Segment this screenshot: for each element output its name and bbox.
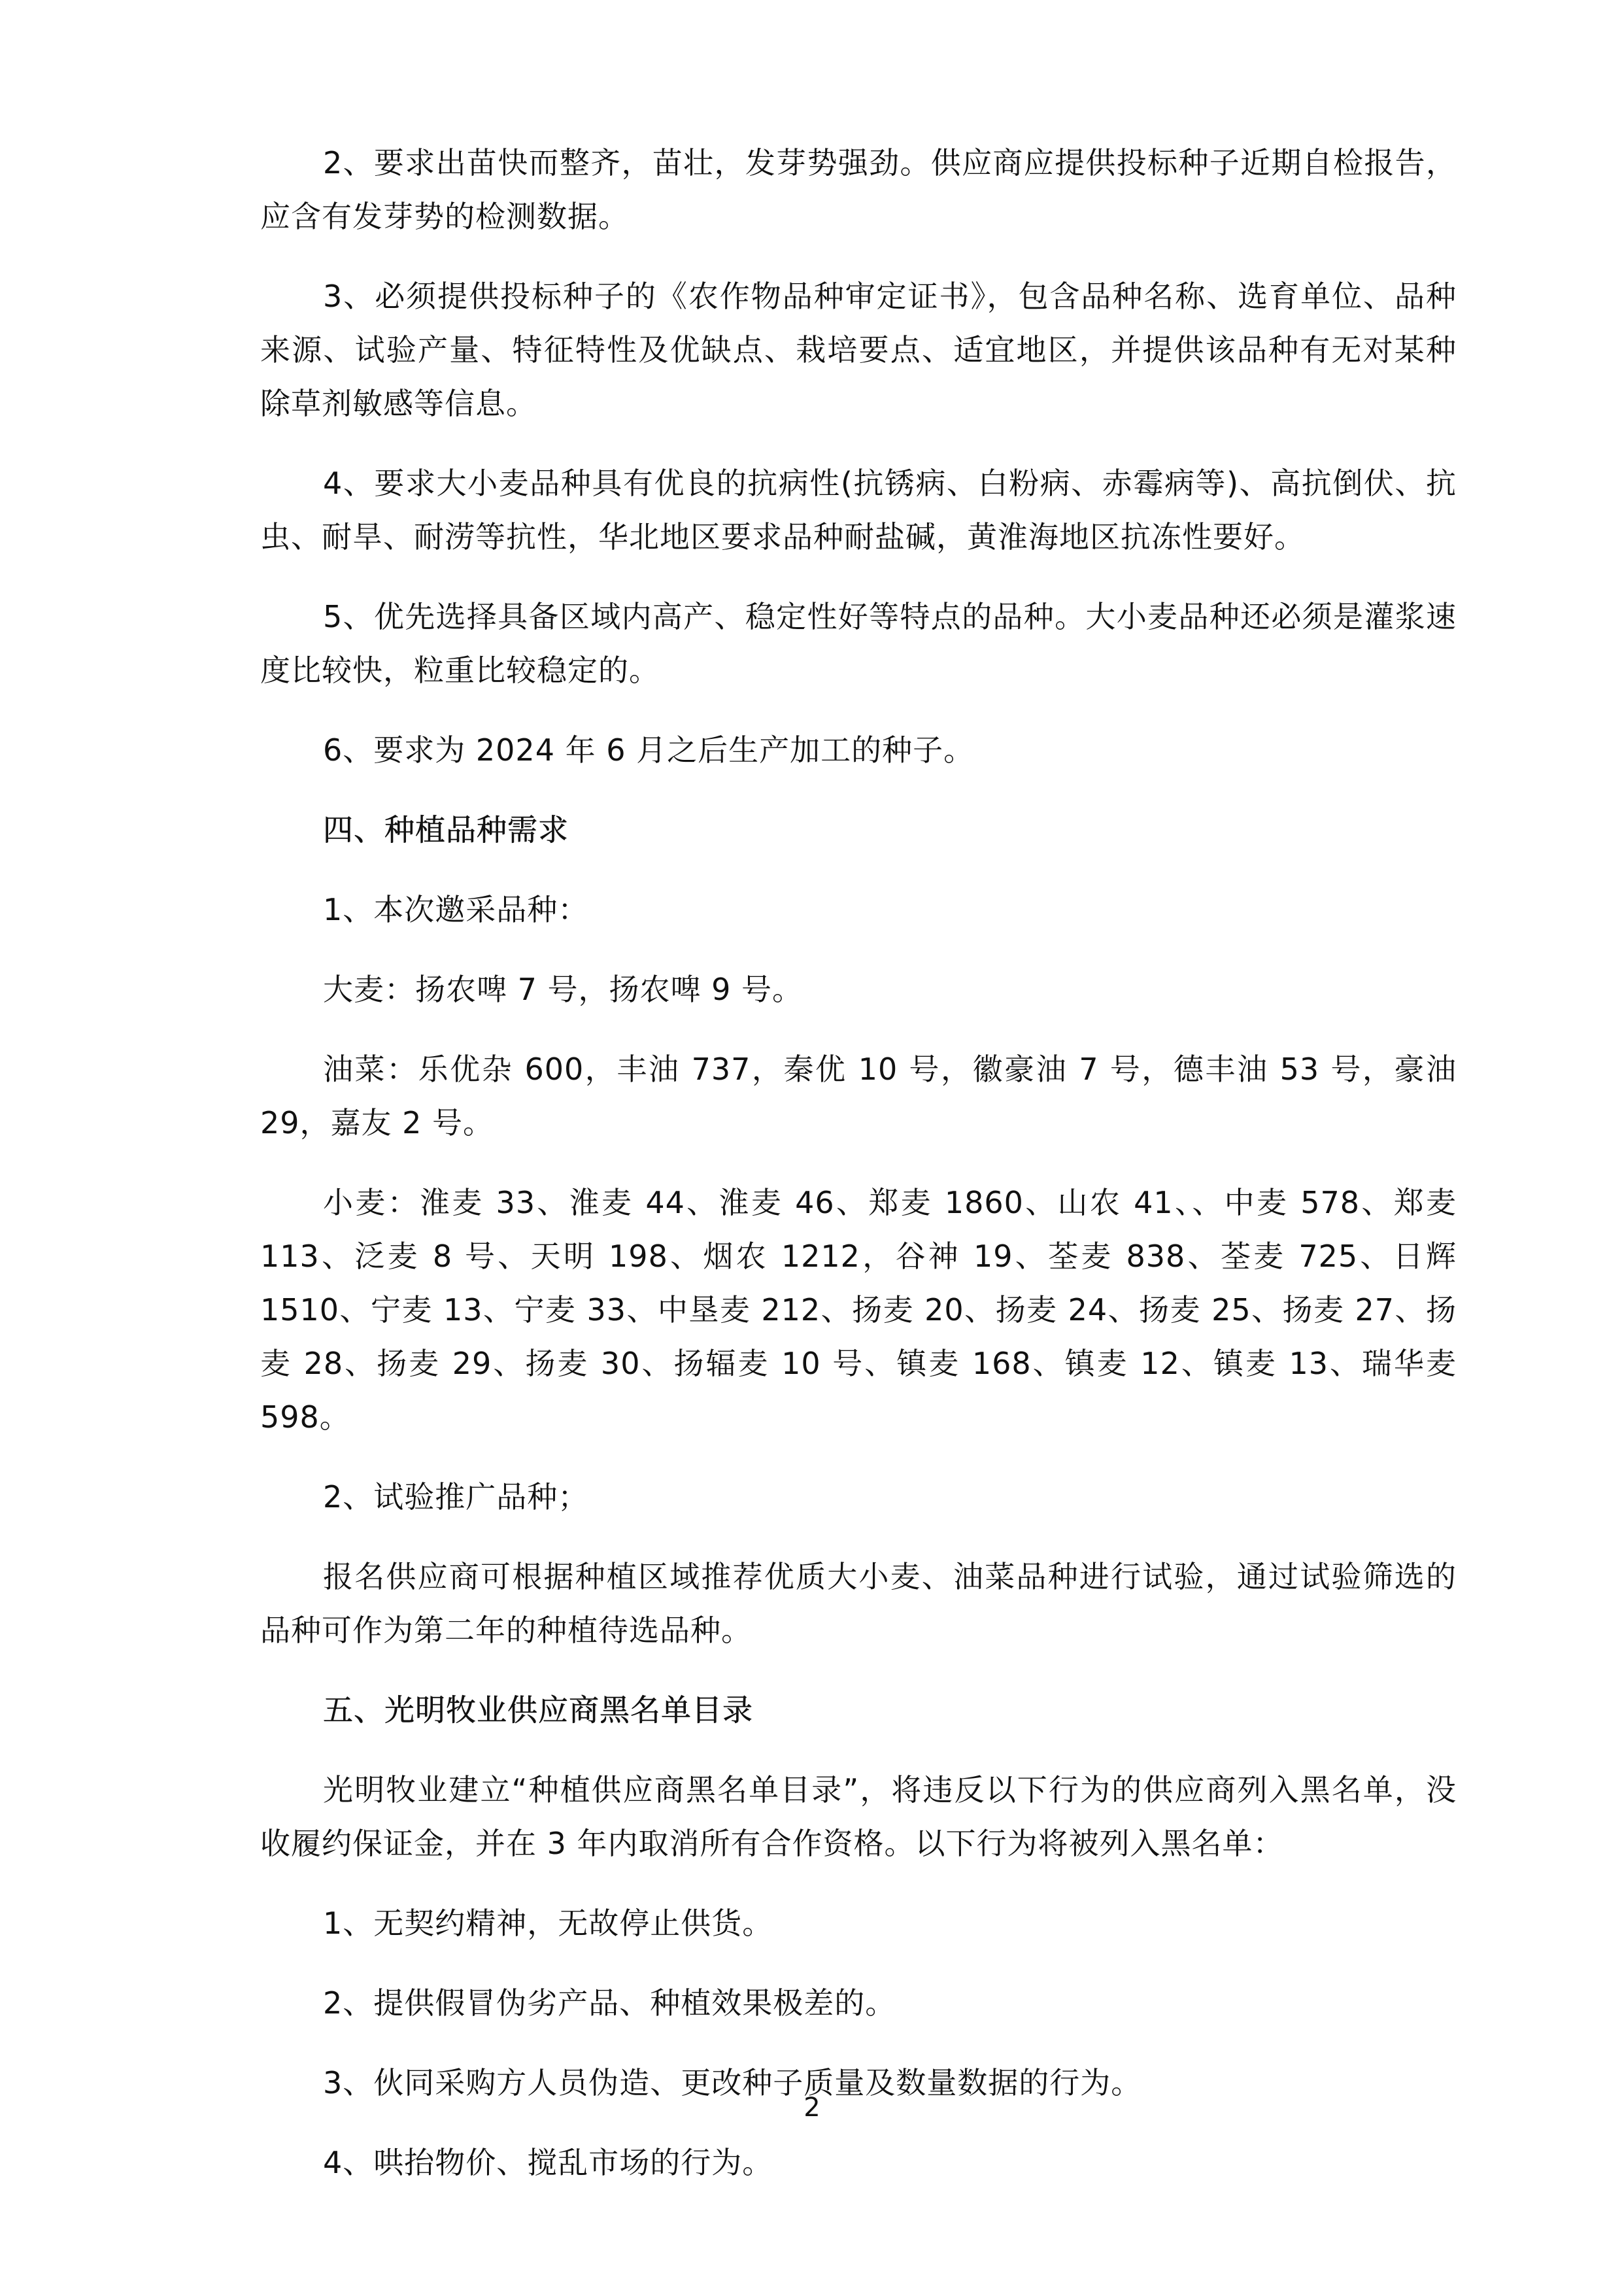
subsection-trial-varieties: 2、试验推广品种； [260, 1470, 1457, 1524]
blacklist-intro: 光明牧业建立“种植供应商黑名单目录”，将违反以下行为的供应商列入黑名单，没收履约… [260, 1763, 1457, 1870]
varieties-barley: 大麦：扬农啤 7 号，扬农啤 9 号。 [260, 963, 1457, 1016]
blacklist-item-4: 4、哄抬物价、搅乱市场的行为。 [260, 2136, 1457, 2189]
section-heading-5: 五、光明牧业供应商黑名单目录 [260, 1683, 1457, 1737]
requirement-3-certificate: 3、必须提供投标种子的《农作物品种审定证书》，包含品种名称、选育单位、品种来源、… [260, 269, 1457, 430]
blacklist-item-2: 2、提供假冒伪劣产品、种植效果极差的。 [260, 1976, 1457, 2030]
section-heading-4: 四、种植品种需求 [260, 803, 1457, 857]
requirement-2-seedling: 2、要求出苗快而整齐，苗壮，发芽势强劲。供应商应提供投标种子近期自检报告，应含有… [260, 136, 1457, 243]
trial-varieties-description: 报名供应商可根据种植区域推荐优质大小麦、油菜品种进行试验，通过试验筛选的品种可作… [260, 1550, 1457, 1657]
requirement-4-disease-resistance: 4、要求大小麦品种具有优良的抗病性(抗锈病、白粉病、赤霉病等)、高抗倒伏、抗虫、… [260, 456, 1457, 564]
blacklist-item-1: 1、无契约精神，无故停止供货。 [260, 1896, 1457, 1950]
document-page: 2、要求出苗快而整齐，苗壮，发芽势强劲。供应商应提供投标种子近期自检报告，应含有… [0, 0, 1624, 2294]
document-body: 2、要求出苗快而整齐，苗壮，发芽势强劲。供应商应提供投标种子近期自检报告，应含有… [260, 136, 1457, 2216]
page-number: 2 [0, 2093, 1624, 2123]
requirement-5-high-yield: 5、优先选择具备区域内高产、稳定性好等特点的品种。大小麦品种还必须是灌浆速度比较… [260, 590, 1457, 697]
varieties-wheat: 小麦：淮麦 33、淮麦 44、淮麦 46、郑麦 1860、山农 41、、中麦 5… [260, 1176, 1457, 1444]
subsection-invited-varieties: 1、本次邀采品种： [260, 883, 1457, 936]
requirement-6-production-date: 6、要求为 2024 年 6 月之后生产加工的种子。 [260, 723, 1457, 777]
varieties-rapeseed: 油菜：乐优杂 600，丰油 737，秦优 10 号，徽豪油 7 号，德丰油 53… [260, 1042, 1457, 1150]
